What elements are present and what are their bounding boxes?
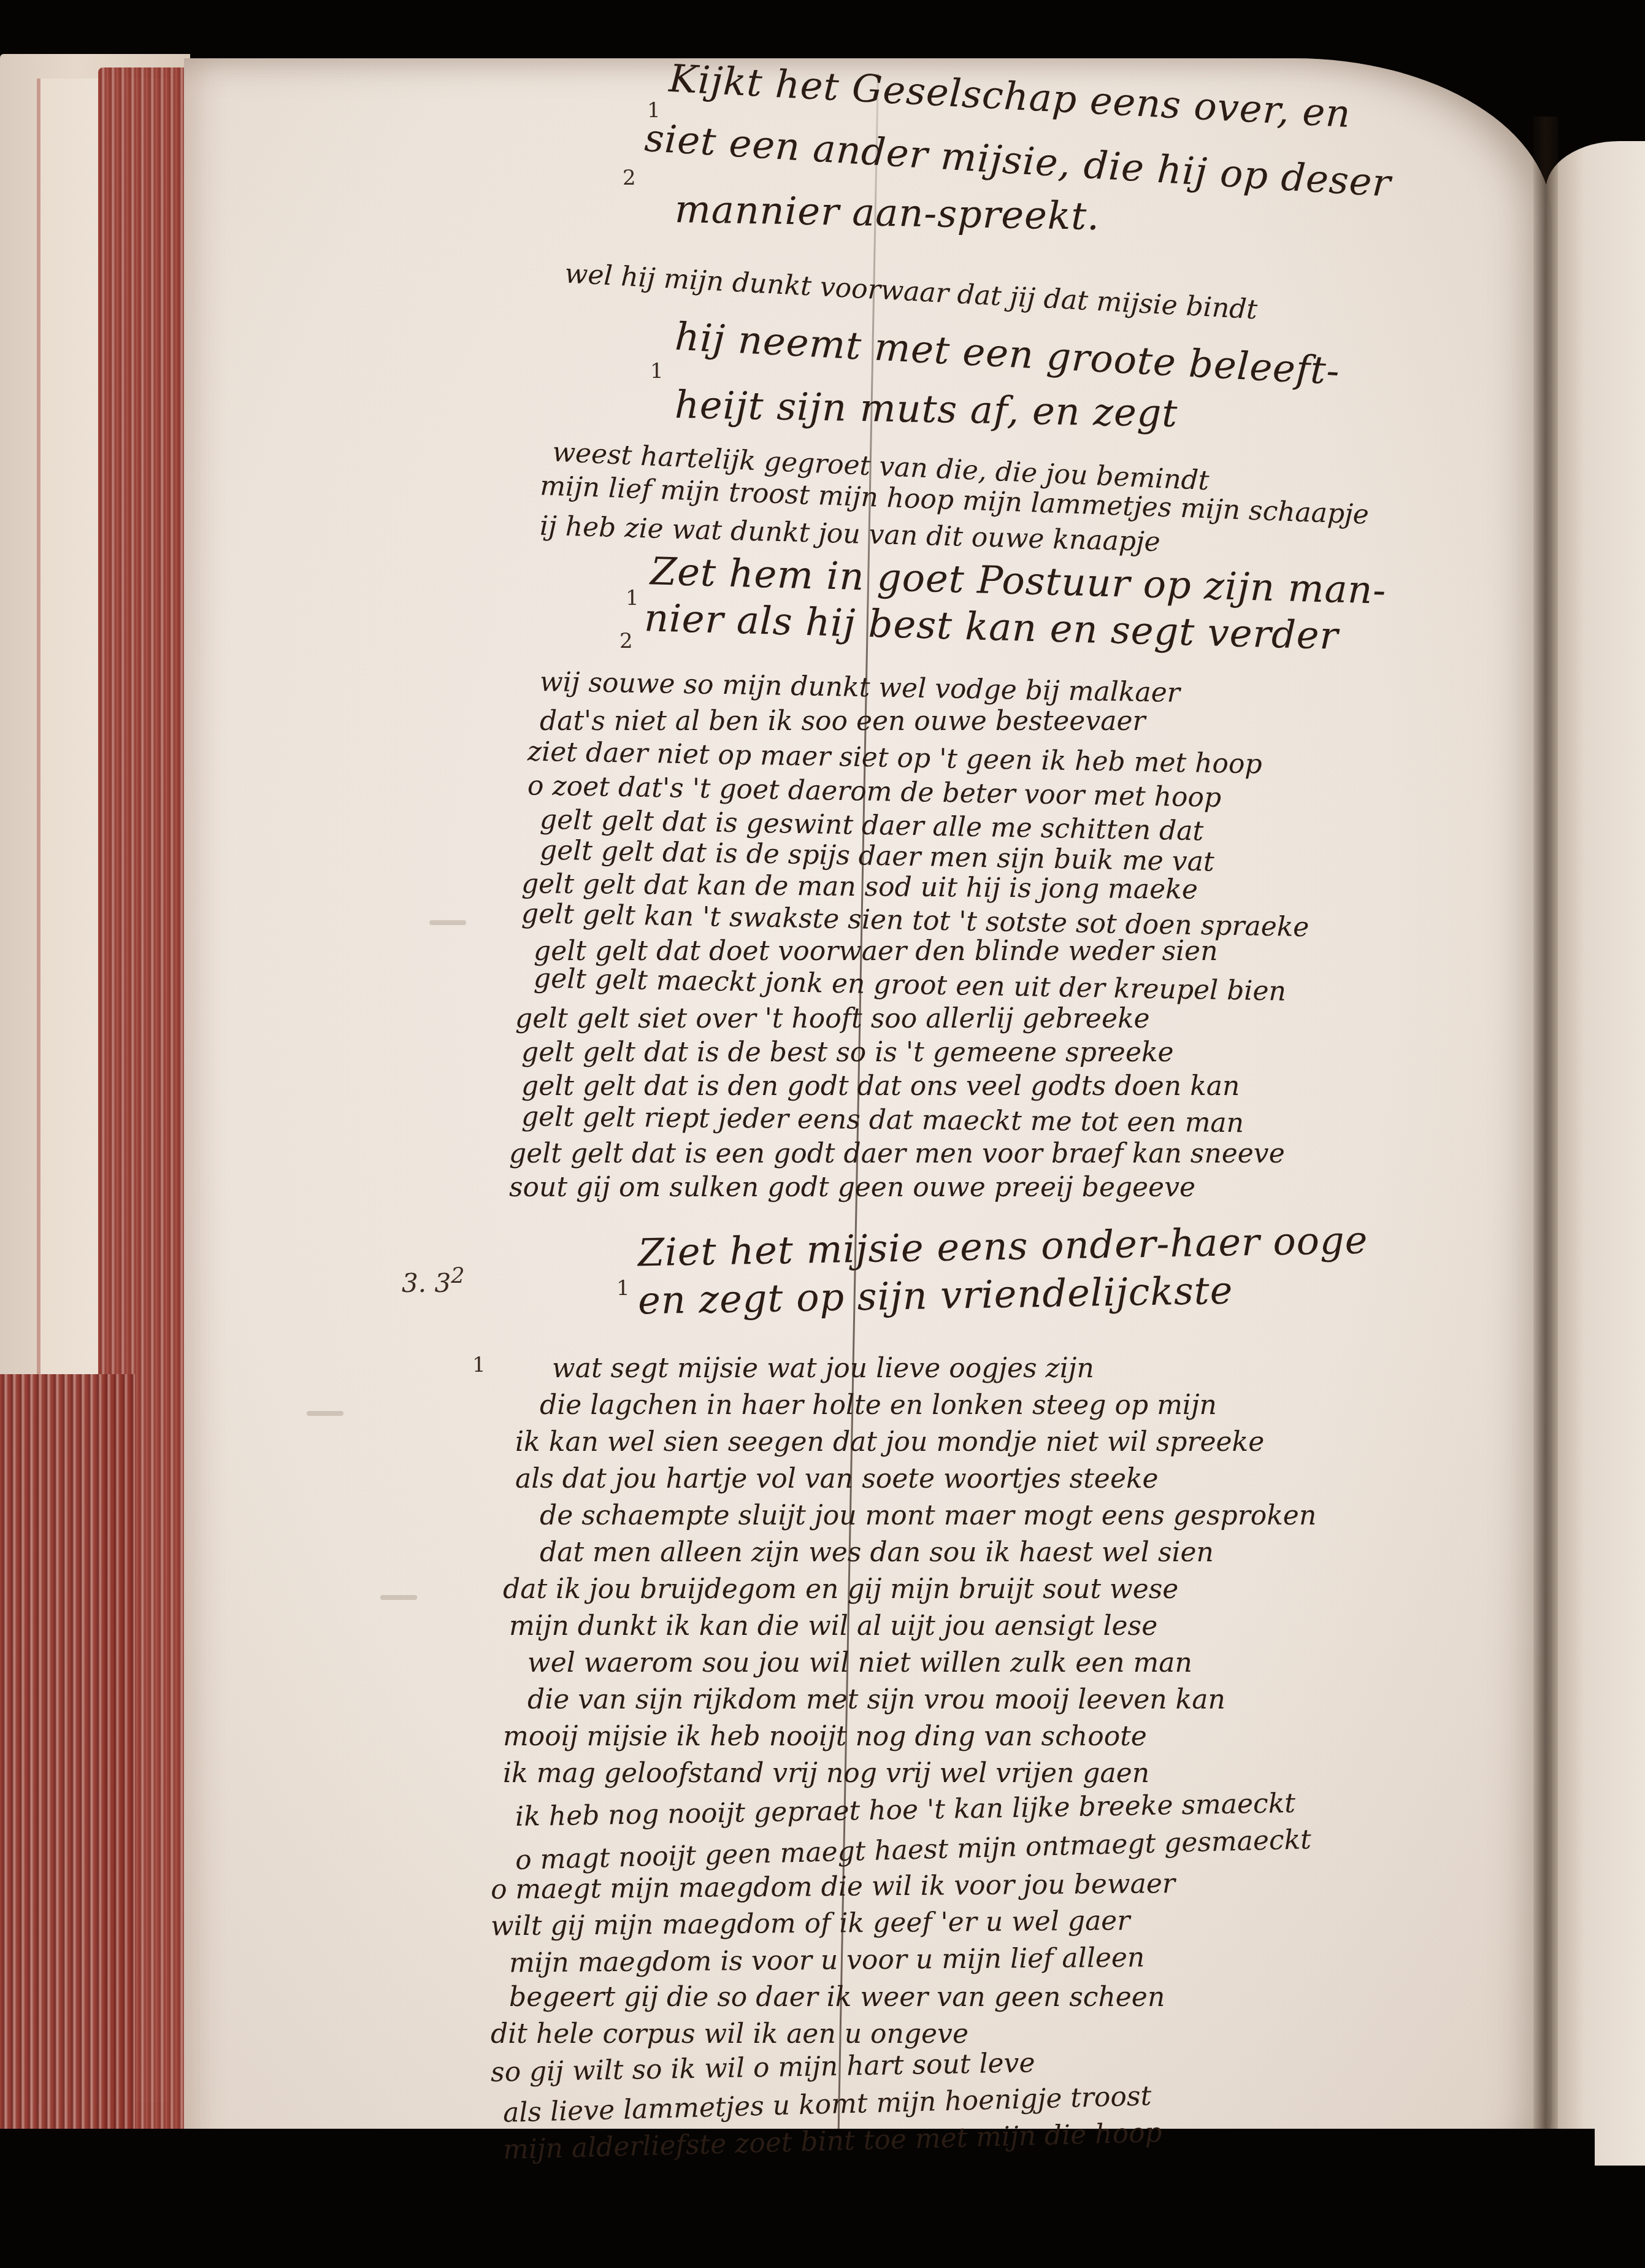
red-fore-edge-lower	[0, 1374, 135, 2141]
line-marker: 2	[623, 166, 636, 190]
speech-line: gelt gelt siet over 't hooft soo allerli…	[515, 1003, 1150, 1034]
margin-number: 3. 32	[402, 1264, 464, 1298]
book-photo: 1 Kijkt het Geselschap eens over, en 2 s…	[0, 0, 1645, 2268]
speech-line: mijn dunkt ik kan die wil al uijt jou ae…	[509, 1610, 1157, 1642]
stage-direction-line: mannier aan-spreekt.	[674, 186, 1100, 239]
speech-line: sout gij om sulken godt geen ouwe preeij…	[509, 1172, 1195, 1203]
speech-line: mijn maegdom is voor u voor u mijn lief …	[509, 1942, 1145, 1978]
speech-line: gelt gelt dat is een godt daer men voor …	[509, 1138, 1285, 1169]
stage-direction-line: heijt sijn muts af, en zegt	[674, 382, 1178, 436]
speech-line: dat men alleen zijn wes dan sou ik haest…	[540, 1537, 1214, 1568]
speech-line: die van sijn rijkdom met sijn vrou mooij…	[527, 1684, 1225, 1715]
speech-line: dat ik jou bruijdegom en gij mijn bruijt…	[503, 1574, 1178, 1605]
speech-line: gelt gelt dat is de best so is 't gemeen…	[521, 1037, 1174, 1068]
speech-line: wat segt mijsie wat jou lieve oogjes zij…	[552, 1353, 1094, 1384]
speech-line: gelt gelt dat doet voorwaer den blinde w…	[534, 936, 1217, 967]
line-marker: 1	[650, 359, 664, 383]
line-marker: 2	[619, 629, 633, 653]
paper-fleck	[380, 1595, 417, 1600]
speech-line: gelt gelt dat is den godt dat ons veel g…	[521, 1071, 1240, 1102]
speech-line: dit hele corpus wil ik aen u ongeve	[491, 2018, 968, 2050]
speech-line: begeert gij die so daer ik weer van geen…	[509, 1982, 1165, 2013]
speech-line: dat's niet al ben ik soo een ouwe bestee…	[540, 705, 1146, 737]
speech-line: wel waerom sou jou wil niet willen zulk …	[527, 1647, 1192, 1678]
speech-line: de schaempte sluijt jou mont maer mogt e…	[540, 1500, 1316, 1531]
paper-fleck	[429, 920, 466, 925]
line-marker: 1	[616, 1276, 630, 1301]
speech-line: ik mag geloofstand vrij nog vrij wel vri…	[503, 1758, 1149, 1789]
speech-line: o maegt mijn maegdom die wil ik voor jou…	[491, 1868, 1175, 1905]
line-marker: 1	[472, 1353, 486, 1377]
speech-line: ik kan wel sien seegen dat jou mondje ni…	[515, 1426, 1264, 1458]
gutter-shadow	[1533, 117, 1558, 2172]
speech-line: gelt gelt riept jeder eens dat maeckt me…	[521, 1101, 1244, 1139]
line-marker: 1	[626, 586, 639, 610]
speech-line: die lagchen in haer holte en lonken stee…	[540, 1390, 1217, 1421]
facing-page	[1546, 141, 1645, 2166]
speech-line: wilt gij mijn maegdom of ik geef 'er u w…	[491, 1905, 1130, 1942]
speech-line: als dat jou hartje vol van soete woortje…	[515, 1463, 1159, 1494]
speech-line: mooij mijsie ik heb nooijt nog ding van …	[503, 1721, 1147, 1752]
paper-fleck	[307, 1411, 343, 1416]
